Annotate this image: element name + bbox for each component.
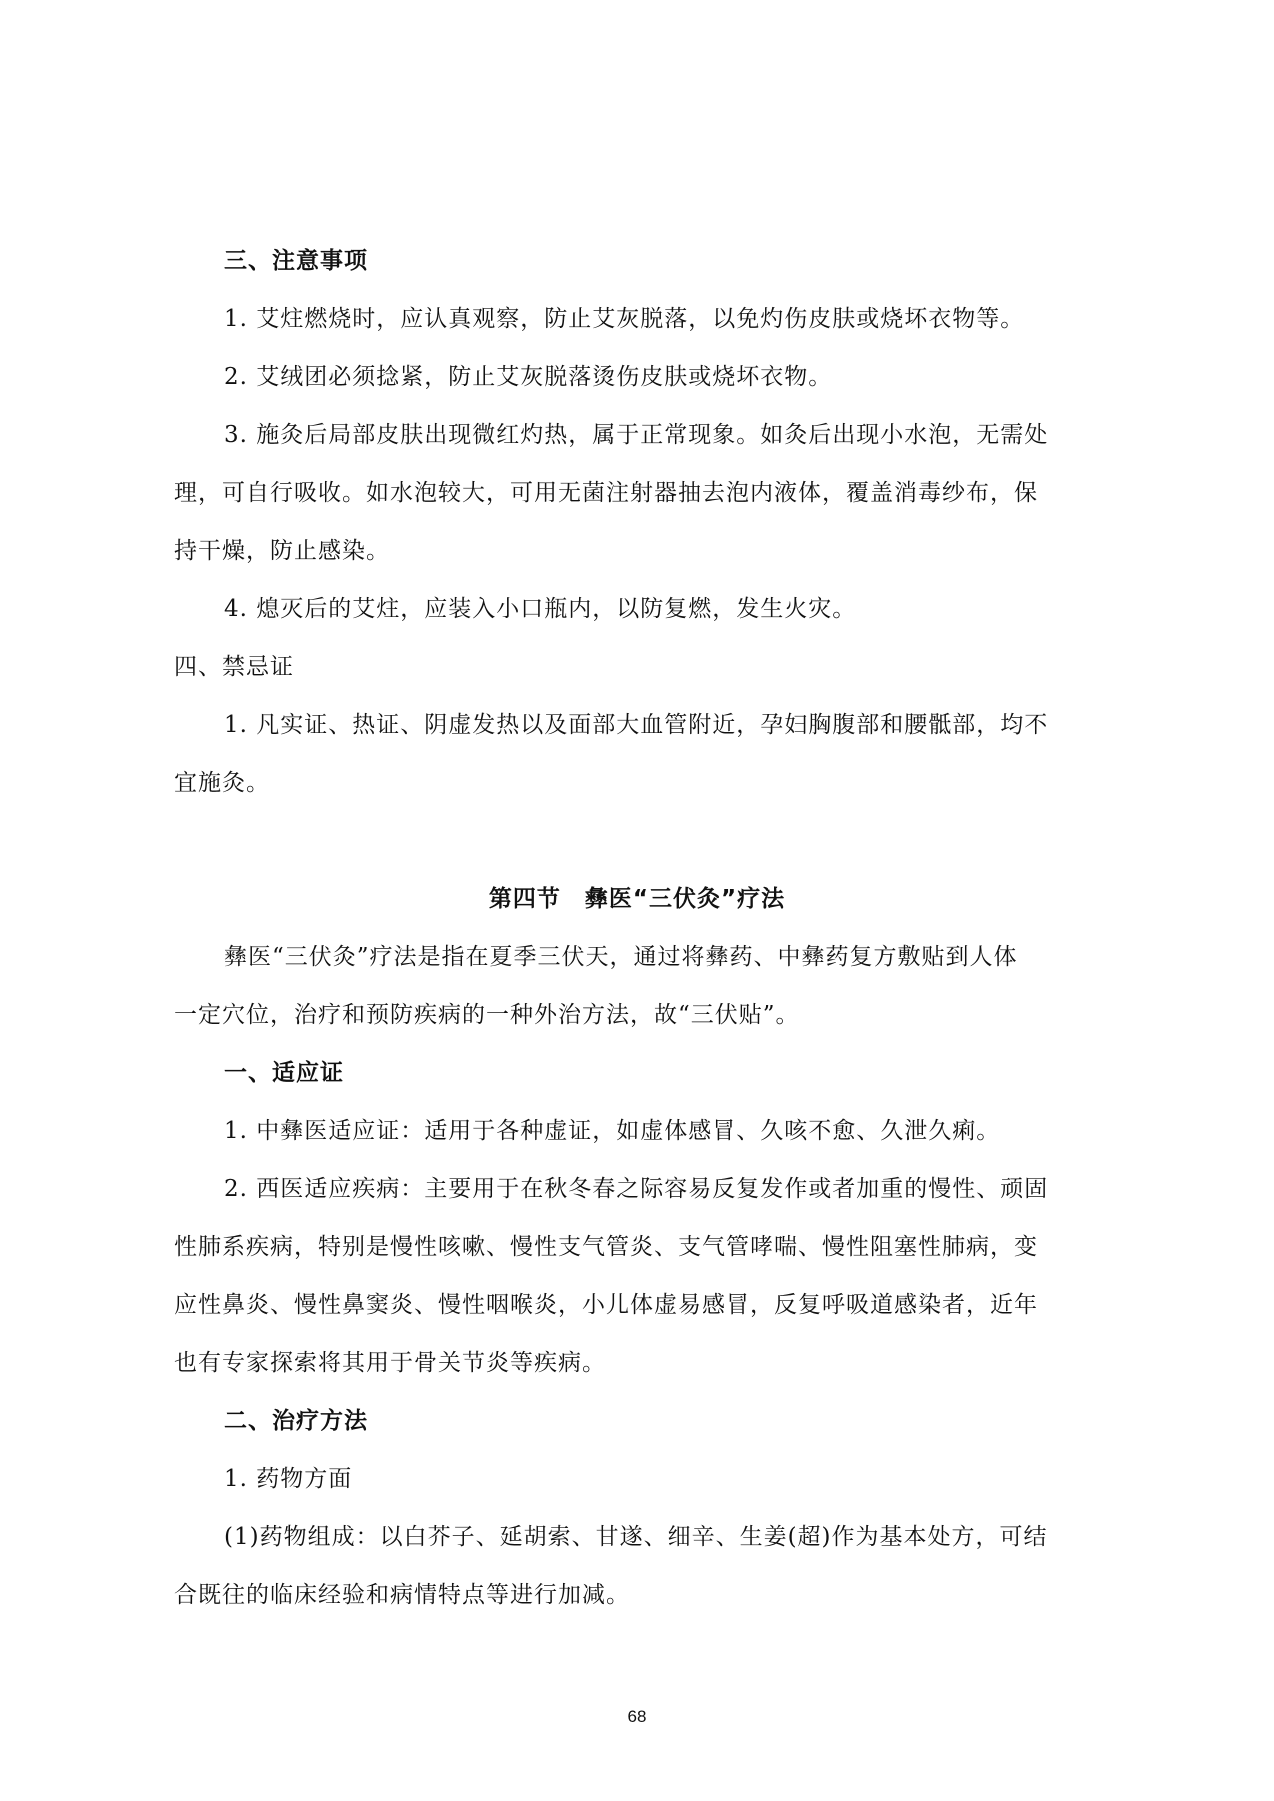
- paragraph-line: 理，可自行吸收。如水泡较大，可用无菌注射器抽去泡内液体，覆盖消毒纱布，保: [174, 478, 1038, 508]
- section-heading-contraindications: 四、禁忌证: [174, 652, 294, 682]
- paragraph-line: 1. 凡实证、热证、阴虚发热以及面部大血管附近，孕妇胸腹部和腰骶部，均不: [224, 710, 1048, 740]
- paragraph-line: 4. 熄灭后的艾炷，应装入小口瓶内，以防复燃，发生火灾。: [224, 594, 856, 624]
- paragraph-line: 宜施灸。: [174, 768, 270, 798]
- page-number: 68: [0, 1707, 1274, 1727]
- paragraph-line: 1. 药物方面: [224, 1464, 352, 1494]
- paragraph-line: 彝医“三伏灸”疗法是指在夏季三伏天，通过将彝药、中彝药复方敷贴到人体: [224, 942, 1018, 972]
- paragraph-line: 2. 艾绒团必须捻紧，防止艾灰脱落烫伤皮肤或烧坏衣物。: [224, 362, 832, 392]
- paragraph-line: 也有专家探索将其用于骨关节炎等疾病。: [174, 1348, 606, 1378]
- paragraph-line: 性肺系疾病，特别是慢性咳嗽、慢性支气管炎、支气管哮喘、慢性阻塞性肺病，变: [174, 1232, 1038, 1262]
- paragraph-line: 3. 施灸后局部皮肤出现微红灼热，属于正常现象。如灸后出现小水泡，无需处: [224, 420, 1048, 450]
- paragraph-line: 一定穴位，治疗和预防疾病的一种外治方法，故“三伏贴”。: [174, 1000, 800, 1030]
- paragraph-line: (1)药物组成：以白芥子、延胡索、甘遂、细辛、生姜(超)作为基本处方，可结: [224, 1522, 1048, 1552]
- paragraph-line: 合既往的临床经验和病情特点等进行加减。: [174, 1580, 630, 1610]
- paragraph-line: 1. 中彝医适应证：适用于各种虚证，如虚体感冒、久咳不愈、久泄久痢。: [224, 1116, 1000, 1146]
- paragraph-line: 2. 西医适应疾病：主要用于在秋冬春之际容易反复发作或者加重的慢性、顽固: [224, 1174, 1048, 1204]
- section-heading-precautions: 三、注意事项: [224, 246, 368, 276]
- paragraph-line: 1. 艾炷燃烧时，应认真观察，防止艾灰脱落，以免灼伤皮肤或烧坏衣物等。: [224, 304, 1024, 334]
- paragraph-line: 应性鼻炎、慢性鼻窦炎、慢性咽喉炎，小儿体虚易感冒，反复呼吸道感染者，近年: [174, 1290, 1038, 1320]
- chapter-title: 第四节 彝医“三伏灸”疗法: [0, 884, 1274, 914]
- section-heading-indications: 一、适应证: [224, 1058, 344, 1088]
- paragraph-line: 持干燥，防止感染。: [174, 536, 390, 566]
- section-heading-treatment: 二、治疗方法: [224, 1406, 368, 1436]
